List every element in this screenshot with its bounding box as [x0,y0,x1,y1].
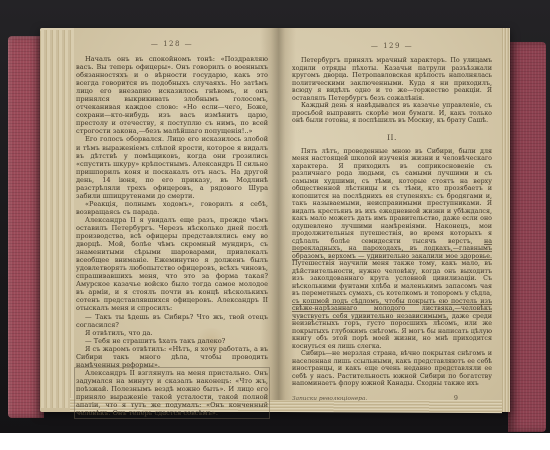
signature-number: 9 [454,394,458,402]
paragraph-segment: Путешествія научили меня также тому, как… [292,260,492,297]
page-fore-edge-left [40,30,74,408]
paragraph: Пять лѣтъ, проведенные мною въ Сибири, б… [292,148,492,351]
page-footer: Записки революціонера. 9 [292,394,492,402]
page-number: — 129 — [292,42,492,50]
dialogue-line: — Тебя не страшитъ ѣхать такъ далеко? [76,337,268,345]
paragraph: Сибирь—не мерзлая страна, вѣчно покрытая… [292,350,492,388]
paragraph: Его голосъ оборвался. Лицо его исказилос… [76,135,268,199]
book-photo: — 128 — Началъ онъ въ спокойномъ тонѣ: «… [0,0,550,450]
open-book: — 128 — Началъ онъ въ спокойномъ тонѣ: «… [0,0,550,433]
paragraph-segment: Пять лѣтъ, проведенные мною въ Сибири, б… [292,148,492,245]
book-cover-right [508,42,546,432]
left-page: — 128 — Началъ онъ въ спокойномъ тонѣ: «… [76,40,268,417]
section-heading: II. [292,133,492,142]
paragraph: Началъ онъ въ спокойномъ тонѣ: «Поздравл… [76,55,268,135]
right-page: — 129 — Петербургъ принялъ мрачный харак… [292,42,492,402]
paragraph: Александра II я увидалъ еще разъ, прежде… [76,216,268,313]
paragraph: «Реакція, полнымъ ходомъ», говорилъ я се… [76,200,268,216]
book-cover-left [8,36,44,418]
dialogue-line: Я отвѣтилъ, что да. [76,329,268,337]
paragraph: Каждый день я навѣдывался въ казачье упр… [292,102,492,125]
pencil-boxed-paragraph: Александръ II взглянулъ на меня присталь… [76,369,268,417]
page-number: — 128 — [76,40,268,48]
open-spread: — 128 — Началъ онъ въ спокойномъ тонѣ: «… [74,28,502,400]
paragraph: Я съ жаромъ отвѣтилъ: «Нѣтъ, я хочу рабо… [76,345,268,369]
paragraph: Петербургъ принялъ мрачный характеръ. По… [292,57,492,102]
dialogue-line: — Такъ ты ѣдешь въ Сибирь? Что жъ, твой … [76,313,268,329]
page-block: — 128 — Началъ онъ въ спокойномъ тонѣ: «… [40,28,510,412]
running-footer-title: Записки революціонера. [292,396,367,402]
